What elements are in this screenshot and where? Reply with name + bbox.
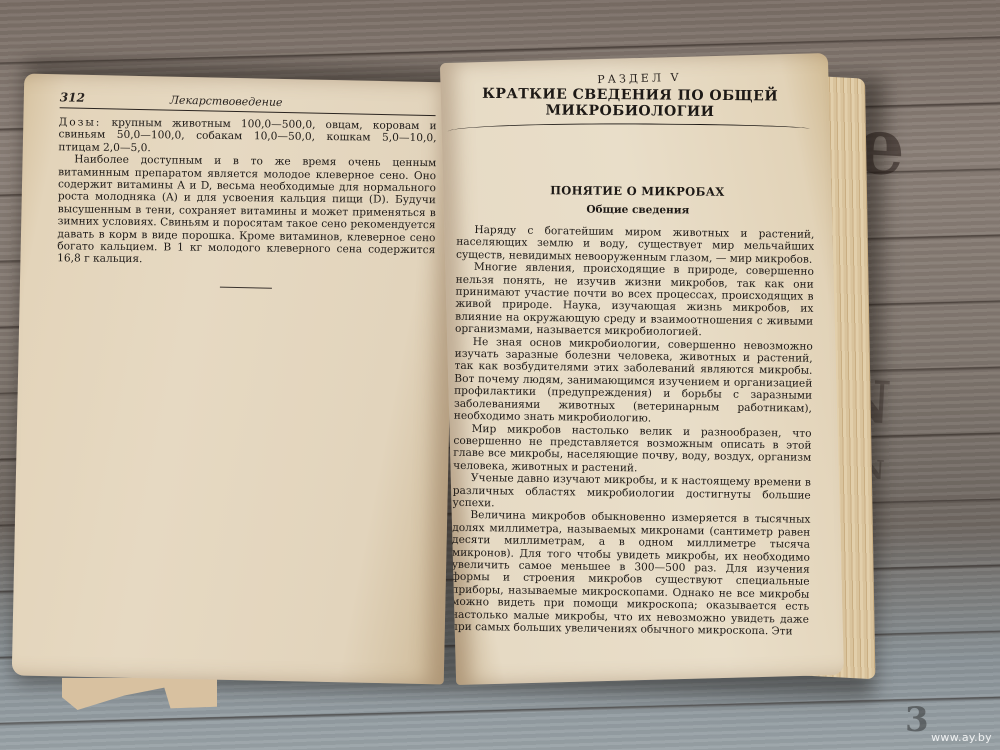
wood-stencil-3: 3 (905, 700, 929, 740)
torn-paper-scrap (62, 678, 217, 710)
running-head-title: Лекарствоведение (170, 94, 283, 109)
watermark: www.ay.by (931, 731, 992, 744)
left-page-text: Дозы: крупным животным 100,0—500,0, овца… (57, 116, 437, 269)
section-title-line-1: КРАТКИЕ СВЕДЕНИЯ ПО ОБЩЕЙ (441, 86, 819, 105)
paragraph: Многие явления, происходящие в природе, … (455, 261, 814, 340)
running-head: 312 Лекарствоведение (60, 90, 436, 116)
paragraph: Ученые давно изучают микробы, и к настоя… (453, 472, 811, 514)
doses-text: крупным животным 100,0—500,0, овцам, кор… (58, 117, 436, 154)
section-title-rule (448, 122, 810, 136)
page-number: 312 (60, 90, 170, 106)
paragraph: Наряду с богатейшим миром животных и рас… (456, 224, 814, 266)
section-title: КРАТКИЕ СВЕДЕНИЯ ПО ОБЩЕЙ МИКРОБИОЛОГИИ (441, 86, 819, 121)
clover-hay-paragraph: Наиболее доступным и в то же время очень… (57, 153, 436, 269)
right-page-text: Наряду с богатейшим миром животных и рас… (451, 224, 815, 638)
paragraph: Мир микробов настолько велик и разнообра… (453, 422, 812, 477)
subheading: Общие сведения (444, 202, 832, 217)
paragraph: Не зная основ микробиологии, совершенно … (454, 335, 813, 427)
left-page: 312 Лекарствоведение Дозы: крупным живот… (12, 74, 457, 685)
chapter-heading: ПОНЯТИЕ О МИКРОБАХ (443, 182, 831, 199)
paragraph: Величина микробов обыкновенно измеряется… (451, 509, 811, 638)
section-title-line-2: МИКРОБИОЛОГИИ (441, 102, 819, 121)
end-of-section-rule (220, 287, 272, 289)
doses-paragraph: Дозы: крупным животным 100,0—500,0, овца… (58, 116, 436, 157)
doses-label: Дозы: (59, 116, 102, 128)
right-page: РАЗДЕЛ V КРАТКИЕ СВЕДЕНИЯ ПО ОБЩЕЙ МИКРО… (440, 53, 844, 685)
